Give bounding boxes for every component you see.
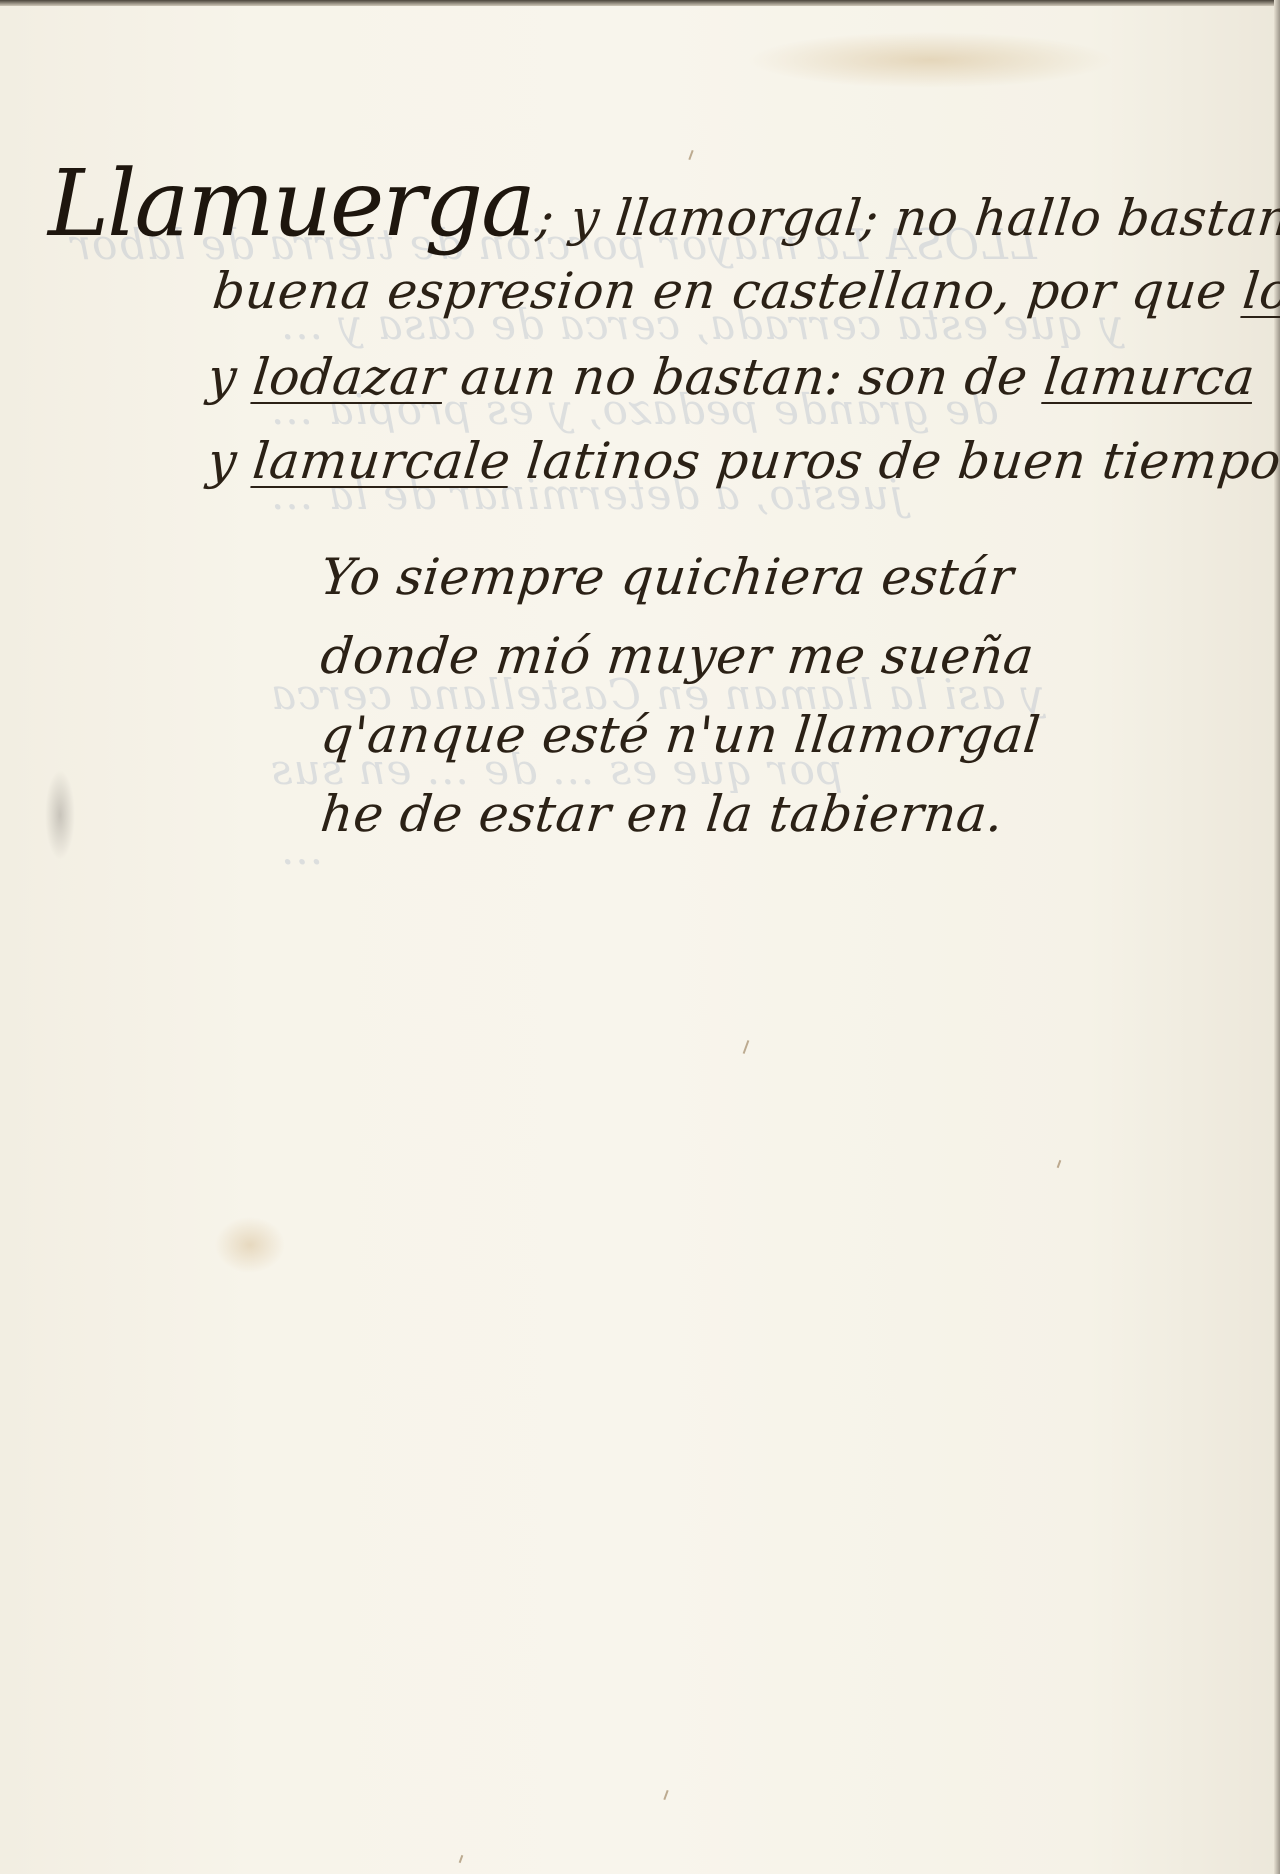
paper-fleck bbox=[663, 1790, 668, 1800]
prose-text: aun no bastan: son de bbox=[442, 348, 1047, 406]
page-top-edge bbox=[0, 0, 1280, 6]
prose-line-4: y lamurcale latinos puros de buen tiempo bbox=[205, 432, 1280, 490]
verse-line-3: q'anque esté n'un llamorgal bbox=[318, 706, 1043, 764]
prose-text: latinos puros de buen tiempo bbox=[507, 432, 1280, 490]
underlined-term: lodo bbox=[1240, 262, 1280, 320]
underlined-term: lodazar bbox=[250, 348, 448, 406]
paper-fleck bbox=[1057, 1160, 1062, 1168]
verse-line-4: he de estar en la tabierna. bbox=[318, 785, 1006, 843]
manuscript-page: LLOSA La mayor porcion de tierra de labo… bbox=[0, 0, 1280, 1874]
prose-line-1: Llamuerga; y llamorgal; no hallo bastant… bbox=[48, 150, 1280, 257]
underlined-term: lamurcale bbox=[250, 432, 513, 490]
ink-smudge bbox=[45, 770, 75, 860]
prose-line-2: buena espresion en castellano, por que l… bbox=[210, 262, 1280, 320]
prose-text: buena espresion en castellano, por que bbox=[210, 262, 1246, 320]
bleed-through-line: ... bbox=[280, 825, 323, 874]
prose-line-3: y lodazar aun no bastan: son de lamurca bbox=[205, 348, 1258, 406]
prose-text: y bbox=[205, 348, 256, 406]
verse-line-1: Yo siempre quichiera estár bbox=[318, 548, 1016, 606]
underlined-term: lamurca bbox=[1041, 348, 1258, 406]
paper-fleck bbox=[459, 1855, 464, 1863]
paper-fleck bbox=[743, 1040, 750, 1054]
prose-text: y bbox=[205, 432, 256, 490]
entry-heading: Llamuerga bbox=[48, 150, 534, 257]
prose-text: ; y llamorgal; no hallo bastante bbox=[534, 189, 1280, 247]
verse-line-2: donde mió muyer me sueña bbox=[318, 627, 1037, 685]
